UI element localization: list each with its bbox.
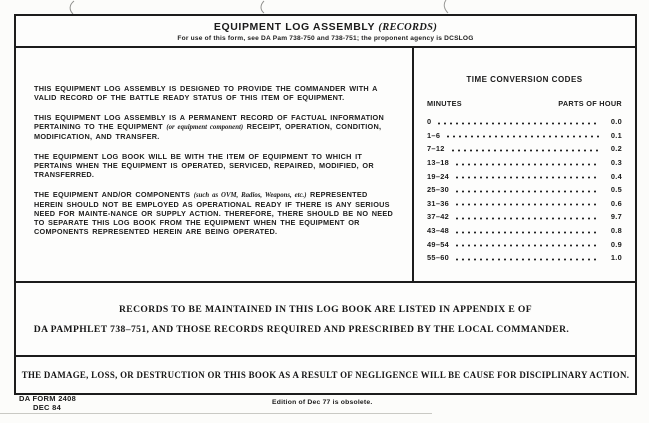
- time-conversion-panel: TIME CONVERSION CODES MINUTES PARTS OF H…: [414, 48, 635, 281]
- time-conversion-row: 43–480.8: [427, 224, 622, 238]
- parts-of-hour-value: 0.8: [604, 226, 622, 235]
- da-form-2408: EQUIPMENT LOG ASSEMBLY (RECORDS) For use…: [14, 14, 637, 395]
- intro-paragraph-1: THIS EQUIPMENT LOG ASSEMBLY IS DESIGNED …: [34, 84, 398, 102]
- dot-leader: [445, 135, 599, 138]
- time-conversion-row: 49–540.9: [427, 237, 622, 251]
- parts-of-hour-value: 1.0: [604, 253, 622, 262]
- time-conversion-rows: 00.01–60.17–120.213–180.319–240.425–300.…: [427, 115, 622, 265]
- form-subtitle: For use of this form, see DA Pam 738-750…: [16, 35, 635, 42]
- dot-leader: [454, 163, 599, 166]
- dot-leader: [454, 258, 599, 261]
- parts-of-hour-value: 0.4: [604, 172, 622, 181]
- minutes-value: 7–12: [427, 144, 445, 153]
- records-note-line1: RECORDS TO BE MAINTAINED IN THIS LOG BOO…: [16, 304, 635, 315]
- edition-note: Edition of Dec 77 is obsolete.: [272, 399, 372, 406]
- parts-of-hour-value: 0.0: [604, 117, 622, 126]
- time-conversion-headers: MINUTES PARTS OF HOUR: [427, 99, 622, 108]
- time-conversion-row: 19–240.4: [427, 169, 622, 183]
- intro-paragraph-3: THE EQUIPMENT LOG BOOK WILL BE WITH THE …: [34, 152, 398, 179]
- form-title-main: EQUIPMENT LOG ASSEMBLY: [214, 21, 375, 33]
- scanned-form-page: { "form": { "title": "EQUIPMENT LOG ASSE…: [0, 0, 649, 423]
- minutes-value: 0: [427, 117, 431, 126]
- intro-paragraph-4-text: THE EQUIPMENT AND/OR COMPONENTS: [34, 190, 194, 199]
- minutes-column-header: MINUTES: [427, 99, 462, 108]
- dot-leader: [454, 217, 599, 220]
- intro-paragraph-2-italic: (or equipment component): [166, 124, 243, 131]
- minutes-value: 31–36: [427, 199, 449, 208]
- time-conversion-title: TIME CONVERSION CODES: [427, 75, 622, 84]
- dot-leader: [450, 149, 599, 152]
- form-number-block: DA FORM 2408 DEC 84: [19, 395, 76, 412]
- time-conversion-row: 31–360.6: [427, 197, 622, 211]
- parts-of-hour-value: 0.2: [604, 144, 622, 153]
- parts-of-hour-value: 0.1: [604, 131, 622, 140]
- minutes-value: 13–18: [427, 158, 449, 167]
- parts-of-hour-value: 0.5: [604, 185, 622, 194]
- intro-paragraph-4-italic: (such as OVM, Radios, Weapons, etc.): [194, 192, 307, 199]
- form-date: DEC 84: [33, 404, 76, 413]
- minutes-value: 1–6: [427, 131, 440, 140]
- records-note-section: RECORDS TO BE MAINTAINED IN THIS LOG BOO…: [16, 283, 635, 357]
- minutes-value: 49–54: [427, 240, 449, 249]
- dot-leader: [454, 190, 599, 193]
- negligence-note-section: THE DAMAGE, LOSS, OR DESTRUCTION OR THIS…: [16, 357, 635, 393]
- dot-leader: [436, 122, 599, 125]
- dot-leader: [454, 203, 599, 206]
- minutes-value: 19–24: [427, 172, 449, 181]
- intro-paragraphs: THIS EQUIPMENT LOG ASSEMBLY IS DESIGNED …: [16, 48, 414, 281]
- form-title-suffix: (RECORDS): [378, 22, 437, 33]
- intro-paragraph-2: THIS EQUIPMENT LOG ASSEMBLY IS A PERMANE…: [34, 113, 398, 141]
- time-conversion-row: 7–120.2: [427, 142, 622, 156]
- records-note-line2: DA PAMPHLET 738–751, AND THOSE RECORDS R…: [0, 324, 611, 335]
- parts-of-hour-value: 0.3: [604, 158, 622, 167]
- minutes-value: 37–42: [427, 212, 449, 221]
- dot-leader: [454, 244, 599, 247]
- form-header: EQUIPMENT LOG ASSEMBLY (RECORDS) For use…: [16, 16, 635, 48]
- form-title: EQUIPMENT LOG ASSEMBLY (RECORDS): [16, 21, 635, 33]
- time-conversion-row: 37–429.7: [427, 210, 622, 224]
- scan-line-artifact: [0, 413, 432, 414]
- parts-of-hour-column-header: PARTS OF HOUR: [558, 99, 622, 108]
- scan-artifact-marks: [0, 0, 649, 15]
- parts-of-hour-value: 0.6: [604, 199, 622, 208]
- form-footer: DA FORM 2408 DEC 84 Edition of Dec 77 is…: [0, 393, 649, 423]
- minutes-value: 25–30: [427, 185, 449, 194]
- negligence-note: THE DAMAGE, LOSS, OR DESTRUCTION OR THIS…: [22, 370, 629, 380]
- minutes-value: 43–48: [427, 226, 449, 235]
- time-conversion-row: 55–601.0: [427, 251, 622, 265]
- time-conversion-row: 1–60.1: [427, 129, 622, 143]
- dot-leader: [454, 231, 599, 234]
- time-conversion-row: 25–300.5: [427, 183, 622, 197]
- form-body: THIS EQUIPMENT LOG ASSEMBLY IS DESIGNED …: [16, 48, 635, 283]
- time-conversion-row: 00.0: [427, 115, 622, 129]
- parts-of-hour-value: 9.7: [604, 212, 622, 221]
- intro-paragraph-4: THE EQUIPMENT AND/OR COMPONENTS (such as…: [34, 190, 398, 236]
- dot-leader: [454, 176, 599, 179]
- minutes-value: 55–60: [427, 253, 449, 262]
- parts-of-hour-value: 0.9: [604, 240, 622, 249]
- time-conversion-row: 13–180.3: [427, 156, 622, 170]
